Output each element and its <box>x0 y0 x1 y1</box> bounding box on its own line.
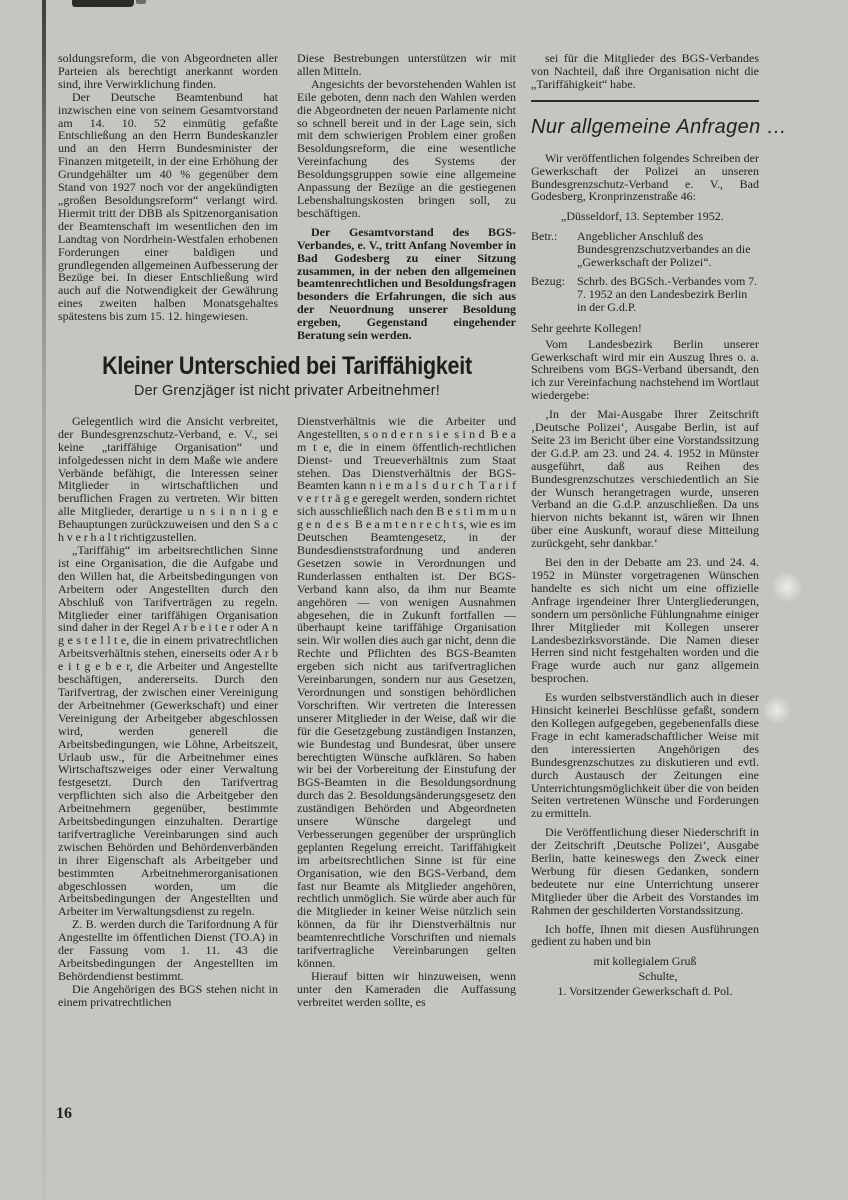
paper-blemish <box>770 572 804 602</box>
paragraph: Bei den in der Debatte am 23. und 24. 4.… <box>531 556 759 685</box>
paragraph: Ich hoffe, Ihnen mit diesen Ausführungen… <box>531 923 759 949</box>
paragraph: Die Angehörigen des BGS stehen nicht in … <box>58 983 278 1009</box>
paragraph: Es wurden selbstverständlich auch in die… <box>531 691 759 820</box>
left-page-area: soldungsreform, die von Abgeordneten all… <box>58 52 516 1009</box>
paragraph-bold: Der Gesamtvorstand des BGS-Verbandes, e.… <box>297 226 516 342</box>
paragraph: Vom Landesbezirk Berlin unserer Gewerksc… <box>531 338 759 403</box>
article-title: Kleiner Unterschied bei Tariffähigkeit <box>90 353 484 379</box>
scanned-magazine-page: soldungsreform, die von Abgeordneten all… <box>0 0 848 1200</box>
tariff-column-2: Dienstverhältnis wie die Arbeiter und An… <box>297 415 516 1009</box>
bezug-text: Schrb. des BGSch.-Verbandes vom 7. 7. 19… <box>577 274 757 314</box>
bezug-label: Bezug: <box>531 275 577 288</box>
tariff-article-header: Kleiner Unterschied bei Tariffähigkeit D… <box>58 353 516 400</box>
letter-closing: mit kollegialem Gruß <box>531 955 759 968</box>
betreff-label: Betr.: <box>531 230 577 243</box>
page-number: 16 <box>56 1105 72 1123</box>
paragraph: Gelegentlich wird die Ansicht verbreitet… <box>58 415 278 544</box>
article-subtitle: Der Grenzjäger ist nicht privater Arbeit… <box>67 382 507 400</box>
tariff-column-1: Gelegentlich wird die Ansicht verbreitet… <box>58 415 278 1009</box>
paragraph: Hierauf bitten wir hinzuweisen, wenn unt… <box>297 970 516 1009</box>
letter-betreff: Betr.:Angeblicher Anschluß des Bundesgre… <box>531 230 759 269</box>
paragraph: soldungsreform, die von Abgeordneten all… <box>58 52 278 91</box>
letter-dateline: „Düsseldorf, 13. September 1952. <box>531 210 759 223</box>
tariff-article-body: Gelegentlich wird die Ansicht verbreitet… <box>58 415 516 1009</box>
letter-salutation: Sehr geehrte Kollegen! <box>531 322 759 335</box>
paragraph: Z. B. werden durch die Tarifordnung A fü… <box>58 918 278 983</box>
anfragen-title: Nur allgemeine Anfragen … <box>531 115 759 139</box>
besoldung-column-2: Diese Bestrebungen unterstützen wir mit … <box>297 52 516 342</box>
scan-edge-shadow <box>42 0 46 1200</box>
paragraph: Angesichts der bevorstehenden Wahlen ist… <box>297 78 516 220</box>
paragraph: Der Deutsche Beamtenbund hat inzwischen … <box>58 91 278 323</box>
scan-smudge-small <box>136 0 146 4</box>
paragraph: „Tariffähig“ im arbeitsrechtlichen Sinne… <box>58 544 278 918</box>
letter-bezug: Bezug:Schrb. des BGSch.-Verbandes vom 7.… <box>531 275 759 314</box>
letter-signature-title: 1. Vorsitzender Gewerkschaft d. Pol. <box>531 985 759 998</box>
paragraph: Dienstverhältnis wie die Arbeiter und An… <box>297 415 516 970</box>
paragraph: Diese Bestrebungen unterstützen wir mit … <box>297 52 516 78</box>
paper-blemish <box>762 696 792 724</box>
letter-signature-name: Schulte, <box>531 970 759 983</box>
paragraph: Die Veröffentlichung dieser Niederschrif… <box>531 826 759 916</box>
betreff-text: Angeblicher Anschluß des Bundesgrenzschu… <box>577 229 751 269</box>
paragraph: ‚In der Mai-Ausgabe Ihrer Zeitschrift ‚D… <box>531 408 759 550</box>
paragraph: Wir veröffentlichen folgendes Schreiben … <box>531 152 759 204</box>
section-divider <box>531 100 759 102</box>
besoldung-section: soldungsreform, die von Abgeordneten all… <box>58 52 516 342</box>
right-column: sei für die Mitglieder des BGS-Verbandes… <box>531 52 759 998</box>
scan-smudge <box>72 0 134 7</box>
article-continuation: sei für die Mitglieder des BGS-Verbandes… <box>531 52 759 91</box>
besoldung-column-1: soldungsreform, die von Abgeordneten all… <box>58 52 278 342</box>
